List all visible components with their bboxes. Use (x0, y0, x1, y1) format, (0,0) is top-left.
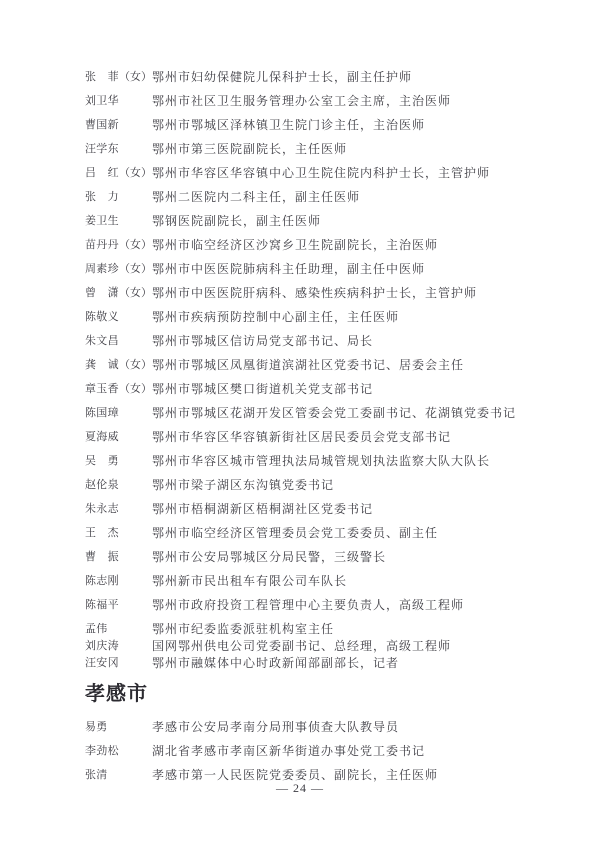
person-gender-label: （女） (119, 381, 152, 397)
person-title: 鄂州市临空经济区管理委员会党工委委员、副主任 (152, 525, 545, 541)
person-name: 汪学东 (85, 141, 119, 157)
person-title: 鄂州市鄂城区凤凰街道滨湖社区党委书记、居委会主任 (152, 357, 545, 373)
person-title: 鄂州市华容区华容镇中心卫生院住院内科护士长，主管护师 (152, 165, 545, 181)
person-row: 陈福平 鄂州市政府投资工程管理中心主要负责人，高级工程师 (85, 597, 545, 613)
person-gender-label: （女） (119, 165, 152, 181)
page-content: 张 菲 （女） 鄂州市妇幼保健院儿保科护士长，副主任护师 刘卫华 鄂州市社区卫生… (85, 69, 545, 791)
person-name: 孟伟 (85, 621, 119, 637)
person-row: 易勇 孝感市公安局孝南分局刑事侦查大队教导员 (85, 719, 545, 735)
person-row: 陈志刚 鄂州新市民出租车有限公司车队长 (85, 573, 545, 589)
person-title: 湖北省孝感市孝南区新华街道办事处党工委书记 (152, 743, 545, 759)
person-name: 易勇 (85, 719, 119, 735)
person-row: 刘庆涛 国网鄂州供电公司党委副书记、总经理，高级工程师 (85, 638, 545, 654)
person-name: 陈敬义 (85, 309, 119, 325)
person-title: 鄂州市梁子湖区东沟镇党委书记 (152, 477, 545, 493)
person-name: 周素珍 (85, 261, 119, 277)
person-row: 苗丹丹 （女） 鄂州市临空经济区沙窝乡卫生院副院长，主治医师 (85, 237, 545, 253)
person-row: 朱永志 鄂州市梧桐湖新区梧桐湖社区党委书记 (85, 501, 545, 517)
person-row: 孟伟 鄂州市纪委监委派驻机构室主任 (85, 621, 545, 637)
person-title: 国网鄂州供电公司党委副书记、总经理，高级工程师 (152, 638, 545, 654)
person-title: 鄂州市华容区华容镇新街社区居民委员会党支部书记 (152, 429, 545, 445)
person-row: 吕 红 （女） 鄂州市华容区华容镇中心卫生院住院内科护士长，主管护师 (85, 165, 545, 181)
person-row: 陈敬义 鄂州市疾病预防控制中心副主任，主任医师 (85, 309, 545, 325)
person-name: 夏海威 (85, 429, 119, 445)
person-row: 章玉香 （女） 鄂州市鄂城区樊口街道机关党支部书记 (85, 381, 545, 397)
person-title: 鄂州二医院内二科主任，副主任医师 (152, 189, 545, 205)
person-row: 张 菲 （女） 鄂州市妇幼保健院儿保科护士长，副主任护师 (85, 69, 545, 85)
person-title: 鄂州市社区卫生服务管理办公室工会主席，主治医师 (152, 93, 545, 109)
person-title: 鄂州市梧桐湖新区梧桐湖社区党委书记 (152, 501, 545, 517)
xiaogan-entry-list: 易勇 孝感市公安局孝南分局刑事侦查大队教导员 李劲松 湖北省孝感市孝南区新华街道… (85, 719, 545, 783)
person-row: 朱文昌 鄂州市鄂城区信访局党支部书记、局长 (85, 333, 545, 349)
person-title: 鄂州市临空经济区沙窝乡卫生院副院长，主治医师 (152, 237, 545, 253)
person-name: 赵伦泉 (85, 477, 119, 493)
person-title: 鄂州市鄂城区泽林镇卫生院门诊主任，主治医师 (152, 117, 545, 133)
person-title: 鄂州市融媒体中心时政新闻部副部长，记者 (152, 655, 545, 671)
person-title: 鄂州市中医医院肺病科主任助理，副主任中医师 (152, 261, 545, 277)
person-title: 鄂州市妇幼保健院儿保科护士长，副主任护师 (152, 69, 545, 85)
person-name: 陈国璋 (85, 405, 119, 421)
person-row: 吴 勇 鄂州市华容区城市管理执法局城管规划执法监察大队大队长 (85, 453, 545, 469)
person-row: 汪安冈 鄂州市融媒体中心时政新闻部副部长，记者 (85, 655, 545, 671)
person-gender-label: （女） (119, 69, 152, 85)
person-gender-label: （女） (119, 237, 152, 253)
person-name: 张 菲 (85, 69, 119, 85)
section-heading-xiaogan: 孝感市 (85, 681, 545, 707)
person-row: 周素珍 （女） 鄂州市中医医院肺病科主任助理，副主任中医师 (85, 261, 545, 277)
person-name: 吕 红 (85, 165, 119, 181)
page-number: — 24 — (276, 781, 324, 795)
person-row: 陈国璋 鄂州市鄂城区花湖开发区管委会党工委副书记、花湖镇党委书记 (85, 405, 545, 421)
person-row: 李劲松 湖北省孝感市孝南区新华街道办事处党工委书记 (85, 743, 545, 759)
person-row: 龚 诚 （女） 鄂州市鄂城区凤凰街道滨湖社区党委书记、居委会主任 (85, 357, 545, 373)
person-title: 鄂州市公安局鄂城区分局民警，三级警长 (152, 549, 545, 565)
person-title: 鄂州市纪委监委派驻机构室主任 (152, 621, 545, 637)
person-title: 鄂州市政府投资工程管理中心主要负责人，高级工程师 (152, 597, 545, 613)
person-gender-label: （女） (119, 261, 152, 277)
person-name: 曹国新 (85, 117, 119, 133)
person-title: 鄂州市中医医院肝病科、感染性疾病科护士长，主管护师 (152, 285, 545, 301)
person-row: 曹 振 鄂州市公安局鄂城区分局民警，三级警长 (85, 549, 545, 565)
person-name: 朱文昌 (85, 333, 119, 349)
document-page: 张 菲 （女） 鄂州市妇幼保健院儿保科护士长，副主任护师 刘卫华 鄂州市社区卫生… (0, 0, 600, 848)
ezhou-entry-list: 张 菲 （女） 鄂州市妇幼保健院儿保科护士长，副主任护师 刘卫华 鄂州市社区卫生… (85, 69, 545, 671)
person-name: 曹 振 (85, 549, 119, 565)
person-row: 王 杰 鄂州市临空经济区管理委员会党工委委员、副主任 (85, 525, 545, 541)
person-name: 刘庆涛 (85, 638, 119, 654)
person-gender-label: （女） (119, 357, 152, 373)
person-name: 龚 诚 (85, 357, 119, 373)
person-title: 鄂州市疾病预防控制中心副主任，主任医师 (152, 309, 545, 325)
person-row: 曹国新 鄂州市鄂城区泽林镇卫生院门诊主任，主治医师 (85, 117, 545, 133)
person-row: 曾 潇 （女） 鄂州市中医医院肝病科、感染性疾病科护士长，主管护师 (85, 285, 545, 301)
person-title: 鄂州新市民出租车有限公司车队长 (152, 573, 545, 589)
person-title: 鄂州市第三医院副院长，主任医师 (152, 141, 545, 157)
person-row: 姜卫生 鄂钢医院副院长，副主任医师 (85, 213, 545, 229)
person-name: 章玉香 (85, 381, 119, 397)
person-gender-label: （女） (119, 285, 152, 301)
person-name: 陈志刚 (85, 573, 119, 589)
person-title: 鄂州市鄂城区樊口街道机关党支部书记 (152, 381, 545, 397)
person-name: 吴 勇 (85, 453, 119, 469)
person-row: 赵伦泉 鄂州市梁子湖区东沟镇党委书记 (85, 477, 545, 493)
person-name: 汪安冈 (85, 655, 119, 671)
person-name: 陈福平 (85, 597, 119, 613)
person-name: 刘卫华 (85, 93, 119, 109)
person-name: 曾 潇 (85, 285, 119, 301)
person-name: 李劲松 (85, 743, 119, 759)
person-name: 张 力 (85, 189, 119, 205)
person-name: 王 杰 (85, 525, 119, 541)
person-name: 苗丹丹 (85, 237, 119, 253)
person-row: 汪学东 鄂州市第三医院副院长，主任医师 (85, 141, 545, 157)
person-title: 鄂钢医院副院长，副主任医师 (152, 213, 545, 229)
person-name: 姜卫生 (85, 213, 119, 229)
person-row: 刘卫华 鄂州市社区卫生服务管理办公室工会主席，主治医师 (85, 93, 545, 109)
page-footer: — 24 — (0, 781, 600, 796)
person-title: 鄂州市华容区城市管理执法局城管规划执法监察大队大队长 (152, 453, 545, 469)
person-row: 夏海威 鄂州市华容区华容镇新街社区居民委员会党支部书记 (85, 429, 545, 445)
person-title: 鄂州市鄂城区信访局党支部书记、局长 (152, 333, 545, 349)
person-name: 朱永志 (85, 501, 119, 517)
person-row: 张 力 鄂州二医院内二科主任，副主任医师 (85, 189, 545, 205)
person-title: 鄂州市鄂城区花湖开发区管委会党工委副书记、花湖镇党委书记 (152, 405, 545, 421)
person-title: 孝感市公安局孝南分局刑事侦查大队教导员 (152, 719, 545, 735)
